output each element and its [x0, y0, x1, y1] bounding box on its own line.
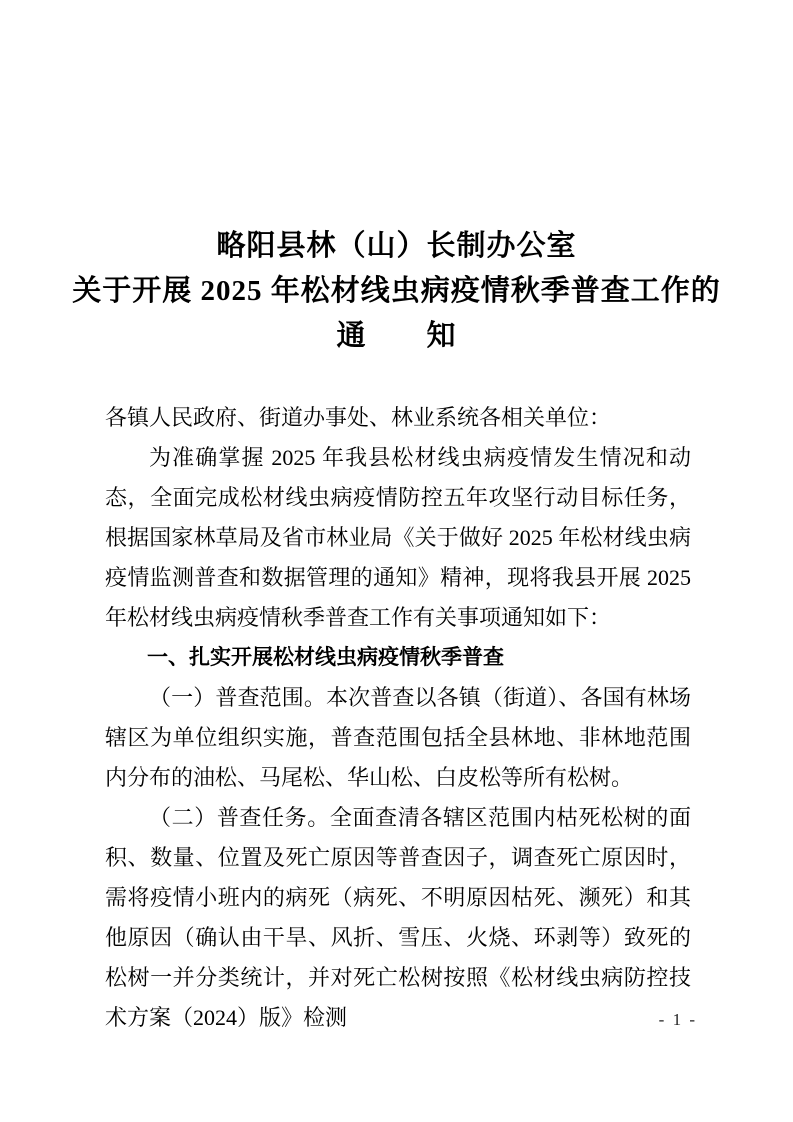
title-line-subject: 关于开展 2025 年松材线虫病疫情秋季普查工作的 [0, 269, 793, 314]
section-1-item-1-scope: （一）普查范围。本次普查以各镇（街道）、各国有林场辖区为单位组织实施，普查范围包… [105, 678, 691, 798]
intro-paragraph: 为准确掌握 2025 年我县松材线虫病疫情发生情况和动态，全面完成松材线虫病疫情… [105, 438, 691, 638]
section-1-heading: 一、扎实开展松材线虫病疫情秋季普查 [105, 638, 691, 678]
section-1-item-2-tasks: （二）普查任务。全面查清各辖区范围内枯死松树的面积、数量、位置及死亡原因等普查因… [105, 798, 691, 1038]
document-body: 各镇人民政府、街道办事处、林业系统各相关单位： 为准确掌握 2025 年我县松材… [105, 398, 691, 1038]
page-number: - 1 - [659, 1010, 697, 1030]
title-line-issuer: 略阳县林（山）长制办公室 [0, 224, 793, 269]
salutation-line: 各镇人民政府、街道办事处、林业系统各相关单位： [105, 398, 691, 438]
document-title: 略阳县林（山）长制办公室 关于开展 2025 年松材线虫病疫情秋季普查工作的 通… [0, 224, 793, 359]
title-line-notice: 通 知 [0, 314, 793, 359]
document-page: 略阳县林（山）长制办公室 关于开展 2025 年松材线虫病疫情秋季普查工作的 通… [0, 0, 793, 1122]
